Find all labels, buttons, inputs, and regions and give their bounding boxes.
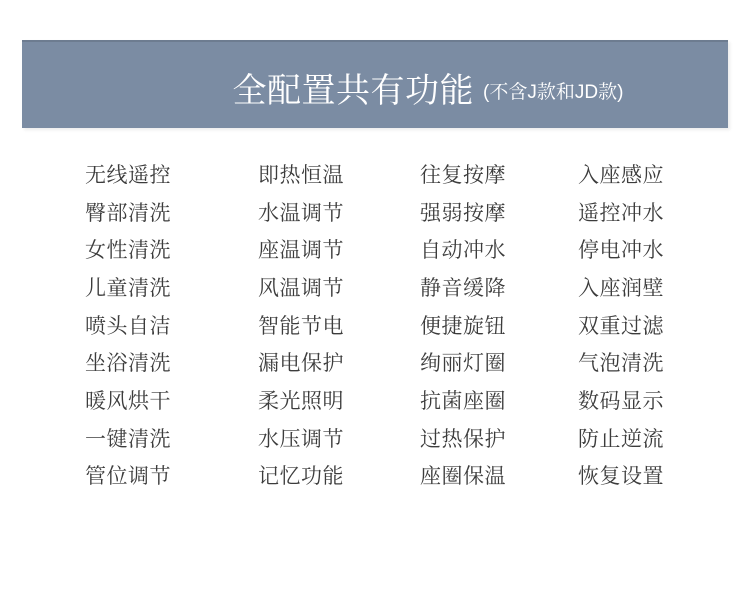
feature-item: 柔光照明	[258, 381, 420, 419]
product-feature-page: 全配置共有功能 (不含J款和JD款) 无线遥控即热恒温往复按摩入座感应臀部清洗水…	[0, 0, 750, 600]
feature-item: 智能节电	[258, 306, 420, 344]
feature-item: 抗菌座圈	[420, 381, 578, 419]
feature-item: 数码显示	[578, 381, 670, 419]
feature-item: 双重过滤	[578, 306, 670, 344]
header-banner: 全配置共有功能 (不含J款和JD款)	[22, 40, 728, 128]
feature-item: 坐浴清洗	[85, 343, 258, 381]
feature-item: 过热保护	[420, 419, 578, 457]
feature-item: 遥控冲水	[578, 193, 670, 231]
feature-item: 入座润壁	[578, 268, 670, 306]
feature-item: 儿童清洗	[85, 268, 258, 306]
feature-item: 气泡清洗	[578, 343, 670, 381]
feature-item: 即热恒温	[258, 155, 420, 193]
feature-item: 女性清洗	[85, 230, 258, 268]
feature-item: 喷头自洁	[85, 306, 258, 344]
feature-item: 记忆功能	[258, 457, 420, 495]
feature-item: 入座感应	[578, 155, 670, 193]
feature-item: 漏电保护	[258, 343, 420, 381]
feature-item: 座圈保温	[420, 457, 578, 495]
feature-item: 臀部清洗	[85, 193, 258, 231]
feature-item: 防止逆流	[578, 419, 670, 457]
feature-item: 往复按摩	[420, 155, 578, 193]
feature-item: 恢复设置	[578, 457, 670, 495]
banner-subtitle: (不含J款和JD款)	[483, 77, 623, 104]
feature-item: 自动冲水	[420, 230, 578, 268]
feature-item: 静音缓降	[420, 268, 578, 306]
features-grid: 无线遥控即热恒温往复按摩入座感应臀部清洗水温调节强弱按摩遥控冲水女性清洗座温调节…	[85, 155, 670, 494]
feature-item: 一键清洗	[85, 419, 258, 457]
feature-item: 绚丽灯圈	[420, 343, 578, 381]
feature-item: 便捷旋钮	[420, 306, 578, 344]
feature-item: 强弱按摩	[420, 193, 578, 231]
feature-item: 停电冲水	[578, 230, 670, 268]
feature-item: 风温调节	[258, 268, 420, 306]
feature-item: 暖风烘干	[85, 381, 258, 419]
banner-title: 全配置共有功能	[233, 63, 475, 112]
feature-item: 水温调节	[258, 193, 420, 231]
feature-item: 座温调节	[258, 230, 420, 268]
feature-item: 水压调节	[258, 419, 420, 457]
feature-item: 管位调节	[85, 457, 258, 495]
banner-content: 全配置共有功能 (不含J款和JD款)	[75, 42, 750, 128]
feature-item: 无线遥控	[85, 155, 258, 193]
